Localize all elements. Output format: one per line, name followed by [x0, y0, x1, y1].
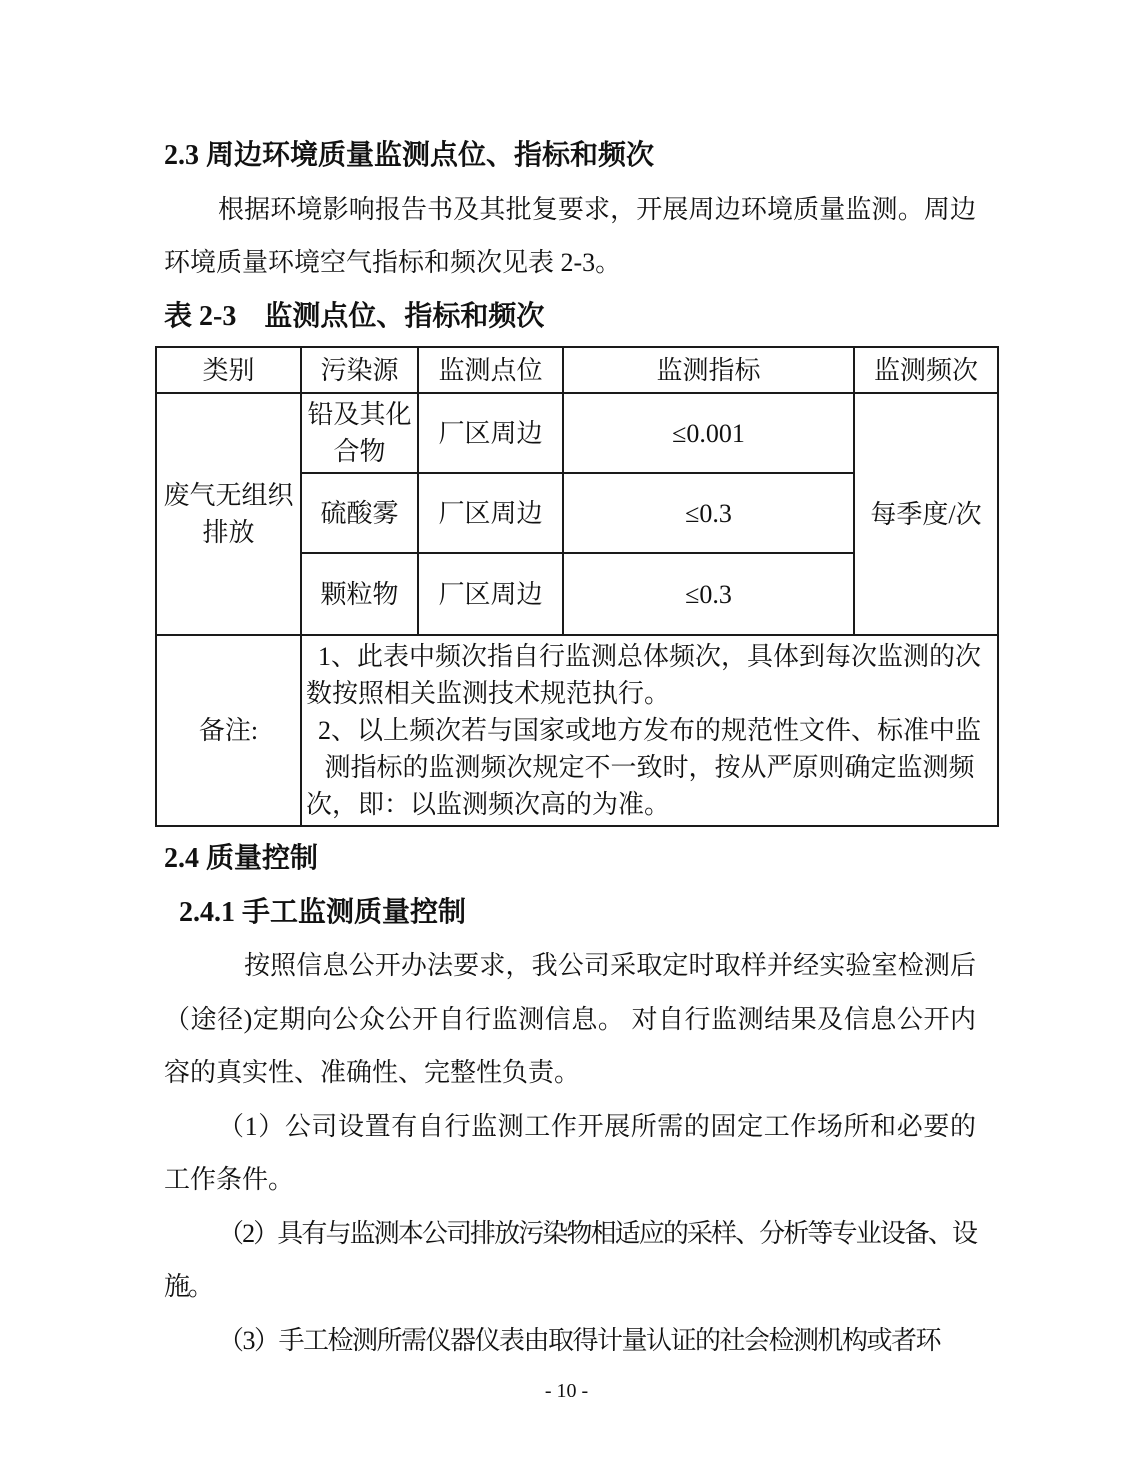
point-cell: 厂区周边: [418, 553, 563, 635]
header-cell-point: 监测点位: [418, 347, 563, 393]
header-cell-source: 污染源: [301, 347, 418, 393]
point-cell: 厂区周边: [418, 393, 563, 473]
document-page: 2.3 周边环境质量监测点位、指标和频次 根据环境影响报告书及其批复要求，开展周…: [0, 0, 1133, 1467]
table-remark-row: 备注: 1、此表中频次指自行监测总体频次，具体到每次监测的次数按照相关监测技术规…: [156, 635, 998, 826]
table-row: 废气无组织排放 铅及其化合物 厂区周边 ≤0.001 每季度/次: [156, 393, 998, 473]
indicator-cell: ≤0.001: [563, 393, 854, 473]
monitoring-table: 类别 污染源 监测点位 监测指标 监测频次 废气无组织排放 铅及其化合物 厂区周…: [155, 346, 999, 827]
section-2-3-heading: 2.3 周边环境质量监测点位、指标和频次: [164, 129, 976, 183]
frequency-cell: 每季度/次: [854, 393, 998, 635]
table-2-3-caption: 表 2-3 监测点位、指标和频次: [164, 290, 976, 344]
section-2-4-1-heading: 2.4.1 手工监测质量控制: [179, 886, 976, 940]
indicator-cell: ≤0.3: [563, 553, 854, 635]
page-number: - 10 -: [0, 1379, 1133, 1403]
remark-line-2: 2、以上频次若与国家或地方发布的规范性文件、标准中监测指标的监测频次规定不一致时…: [306, 712, 993, 823]
category-cell: 废气无组织排放: [156, 393, 301, 635]
section-2-4-heading: 2.4 质量控制: [164, 832, 976, 886]
qc-item-3: （3）手工检测所需仪器仪表由取得计量认证的社会检测机构或者环: [164, 1314, 976, 1368]
point-cell: 厂区周边: [418, 473, 563, 553]
qc-paragraph: 按照信息公开办法要求，我公司采取定时取样并经实验室检测后（途径)定期向公众公开自…: [164, 939, 976, 1100]
source-cell: 硫酸雾: [301, 473, 418, 553]
indicator-cell: ≤0.3: [563, 473, 854, 553]
remark-label-cell: 备注:: [156, 635, 301, 826]
table-header-row: 类别 污染源 监测点位 监测指标 监测频次: [156, 347, 998, 393]
remark-line-1: 1、此表中频次指自行监测总体频次，具体到每次监测的次数按照相关监测技术规范执行。: [306, 638, 993, 712]
qc-item-1: （1）公司设置有自行监测工作开展所需的固定工作场所和必要的工作条件。: [164, 1100, 976, 1207]
header-cell-category: 类别: [156, 347, 301, 393]
header-cell-indicator: 监测指标: [563, 347, 854, 393]
qc-item-2: （2）具有与监测本公司排放污染物相适应的采样、分析等专业设备、设施。: [164, 1207, 976, 1314]
source-cell: 铅及其化合物: [301, 393, 418, 473]
remark-cell: 1、此表中频次指自行监测总体频次，具体到每次监测的次数按照相关监测技术规范执行。…: [301, 635, 998, 826]
header-cell-frequency: 监测频次: [854, 347, 998, 393]
source-cell: 颗粒物: [301, 553, 418, 635]
section-2-3-paragraph: 根据环境影响报告书及其批复要求，开展周边环境质量监测。周边环境质量环境空气指标和…: [164, 183, 976, 290]
